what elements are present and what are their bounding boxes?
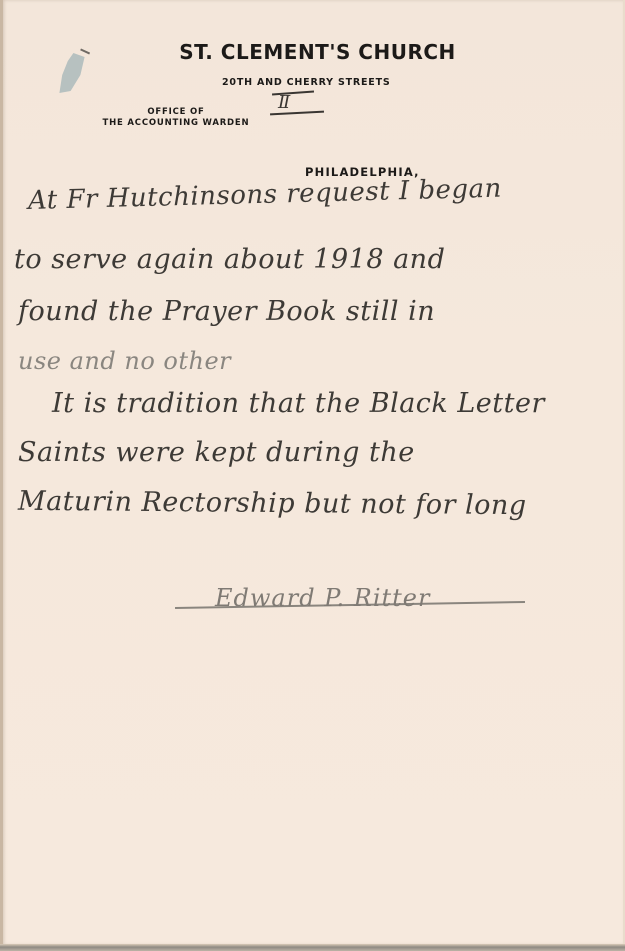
handwritten-line: use and no other <box>18 347 231 375</box>
signature-name: Edward P. Ritter <box>215 584 430 612</box>
handwritten-line: to serve again about 1918 and <box>14 244 445 275</box>
handwritten-line: It is tradition that the Black Letter <box>52 388 545 419</box>
letter-paper <box>2 0 623 945</box>
handwritten-line: found the Prayer Book still in <box>18 296 435 327</box>
handwritten-line: Saints were kept during the <box>18 437 415 468</box>
letterhead-title-text: ST. CLEMENT'S CHURCH <box>179 40 456 64</box>
office-line-2: THE ACCOUNTING WARDEN <box>96 118 256 129</box>
page-number-mark: II <box>278 92 288 113</box>
paper-left-edge <box>0 0 3 951</box>
letterhead-address: 20TH AND CHERRY STREETS <box>222 77 391 88</box>
letterhead-office: OFFICE OF THE ACCOUNTING WARDEN <box>96 107 256 129</box>
paper-bottom-edge <box>0 944 625 951</box>
handwritten-line: Maturin Rectorship but not for long <box>18 486 527 521</box>
office-line-1: OFFICE OF <box>96 107 256 118</box>
letterhead-title: ST. CLEMENT'S CHURCH <box>0 40 625 64</box>
signature: Edward P. Ritter <box>175 578 530 628</box>
